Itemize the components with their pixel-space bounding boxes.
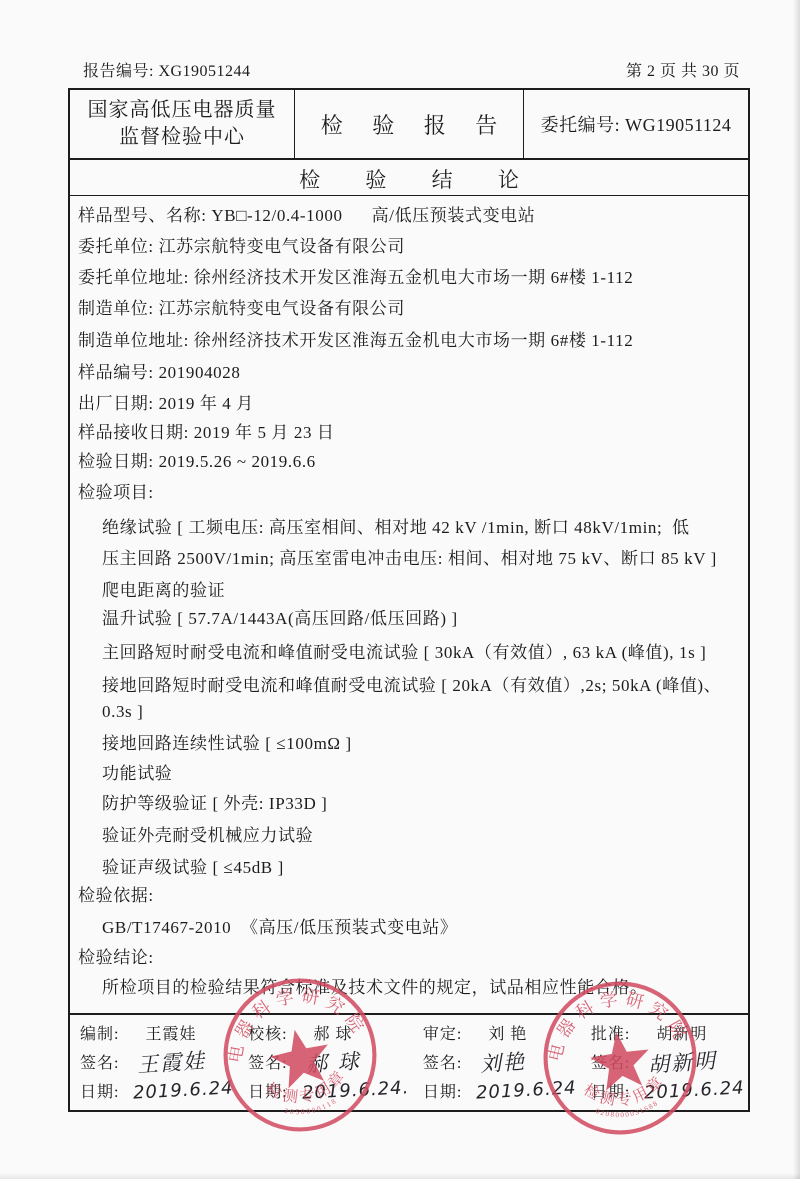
signature-col-compiler: 编制:王霞娃 签名:王霞娃 日期:2019.6.24 — [70, 1015, 238, 1110]
reviewer-date: 2019.6.24 — [476, 1077, 578, 1103]
field-sample-model-name: 样品型号、名称: YB□-12/0.4-1000 高/低压预装式变电站 — [78, 204, 738, 228]
issuing-org-line2: 监督检验中心 — [119, 124, 245, 151]
commission-number: 委托编号: WG19051124 — [541, 111, 732, 137]
doc-title: 检 验 报 告 — [309, 109, 510, 140]
reviewer-sign-label: 签名: — [423, 1050, 462, 1073]
value-conclusion-statement: 所检项目的检验结果符合标准及技术文件的规定，试品相应性能合格。 — [102, 976, 742, 1000]
field-sample-number: 样品编号: 201904028 — [78, 361, 738, 385]
field-manufacturer-address: 制造单位地址: 徐州经济技术开发区淮海五金机电大市场一期 6#楼 1-112 — [78, 329, 738, 353]
item-insulation-test-2: 压主回路 2500V/1min; 高压室雷电冲击电压: 相间、相对地 75 kV… — [102, 547, 742, 571]
field-inspection-date: 检验日期: 2019.5.26 ~ 2019.6.6 — [78, 450, 738, 474]
compiler-label: 编制: — [80, 1021, 119, 1044]
signature-col-approver: 批准:胡新明 签名:胡新明 日期:2019.6.24 — [581, 1015, 749, 1110]
item-ip-rating-verification: 防护等级验证 [ 外壳: IP33D ] — [102, 792, 742, 816]
field-sample-received-date: 样品接收日期: 2019 年 5 月 23 日 — [78, 421, 738, 445]
checker-label: 校核: — [248, 1021, 287, 1044]
commission-no-cell: 委托编号: WG19051124 — [524, 90, 748, 158]
reviewer-label: 审定: — [423, 1021, 462, 1044]
item-temperature-rise-test: 温升试验 [ 57.7A/1443A(高压回路/低压回路) ] — [102, 607, 742, 631]
label-inspection-basis: 检验依据: — [78, 884, 738, 908]
approver-date-label: 日期: — [591, 1079, 630, 1102]
field-manufacturer: 制造单位: 江苏宗航特变电气设备有限公司 — [78, 297, 738, 321]
item-main-circuit-current-test: 主回路短时耐受电流和峰值耐受电流试验 [ 30kA（有效值）, 63 kA (峰… — [102, 641, 742, 665]
doc-title-cell: 检 验 报 告 — [295, 90, 524, 158]
section-title: 检 验 结 论 — [68, 162, 750, 196]
header-table: 国家高低压电器质量 监督检验中心 检 验 报 告 委托编号: WG1905112… — [68, 88, 750, 160]
approver-date: 2019.6.24 — [644, 1077, 746, 1103]
issuing-org-cell: 国家高低压电器质量 监督检验中心 — [70, 90, 295, 158]
signature-col-reviewer: 审定:刘 艳 签名:刘艳 日期:2019.6.24 — [413, 1015, 581, 1110]
report-number: 报告编号: XG19051244 — [83, 58, 251, 81]
scanned-report-page: 报告编号: XG19051244 第 2 页 共 30 页 国家高低压电器质量 … — [0, 0, 800, 1179]
checker-sign-label: 签名: — [248, 1050, 287, 1073]
signature-table: 编制:王霞娃 签名:王霞娃 日期:2019.6.24 校核:郝 球 签名:郝 球… — [68, 1013, 750, 1112]
compiler-signature: 王霞娃 — [136, 1044, 207, 1079]
approver-signature: 胡新明 — [647, 1044, 718, 1079]
item-earth-circuit-current-test-2: 0.3s ] — [102, 700, 742, 724]
value-inspection-standard: GB/T17467-2010 《高压/低压预装式变电站》 — [102, 916, 742, 940]
signature-col-checker: 校核:郝 球 签名:郝 球 日期:2019.6.24. — [238, 1015, 413, 1110]
compiler-sign-label: 签名: — [80, 1050, 119, 1073]
label-inspection-items: 检验项目: — [78, 481, 738, 505]
item-earth-continuity-test: 接地回路连续性试验 [ ≤100mΩ ] — [102, 732, 742, 756]
reviewer-name: 刘 艳 — [488, 1021, 527, 1044]
item-sound-level-test: 验证声级试验 [ ≤45dB ] — [102, 856, 742, 880]
checker-name: 郝 球 — [314, 1021, 353, 1044]
compiler-date: 2019.6.24 — [133, 1077, 235, 1103]
item-earth-circuit-current-test-1: 接地回路短时耐受电流和峰值耐受电流试验 [ 20kA（有效值）,2s; 50kA… — [102, 674, 742, 698]
item-insulation-test-1: 绝缘试验 [ 工频电压: 高压室相间、相对地 42 kV /1min, 断口 4… — [102, 516, 742, 540]
field-client: 委托单位: 江苏宗航特变电气设备有限公司 — [78, 235, 738, 259]
page-number: 第 2 页 共 30 页 — [626, 58, 740, 81]
field-client-address: 委托单位地址: 徐州经济技术开发区淮海五金机电大市场一期 6#楼 1-112 — [78, 266, 738, 290]
approver-sign-label: 签名: — [591, 1050, 630, 1073]
reviewer-signature: 刘艳 — [479, 1045, 527, 1078]
approver-name: 胡新明 — [656, 1021, 707, 1044]
issuing-org-line1: 国家高低压电器质量 — [88, 97, 277, 124]
checker-date: 2019.6.24. — [301, 1077, 409, 1104]
label-inspection-conclusion: 检验结论: — [78, 946, 738, 970]
compiler-date-label: 日期: — [80, 1079, 119, 1102]
item-creepage-verification: 爬电距离的验证 — [102, 579, 742, 603]
reviewer-date-label: 日期: — [423, 1079, 462, 1102]
item-function-test: 功能试验 — [102, 762, 742, 786]
checker-date-label: 日期: — [248, 1079, 287, 1102]
compiler-name: 王霞娃 — [145, 1021, 196, 1044]
approver-label: 批准: — [591, 1021, 630, 1044]
field-manufacture-date: 出厂日期: 2019 年 4 月 — [78, 392, 738, 416]
checker-signature: 郝 球 — [305, 1045, 362, 1079]
item-enclosure-mechanical-stress-test: 验证外壳耐受机械应力试验 — [102, 824, 742, 848]
